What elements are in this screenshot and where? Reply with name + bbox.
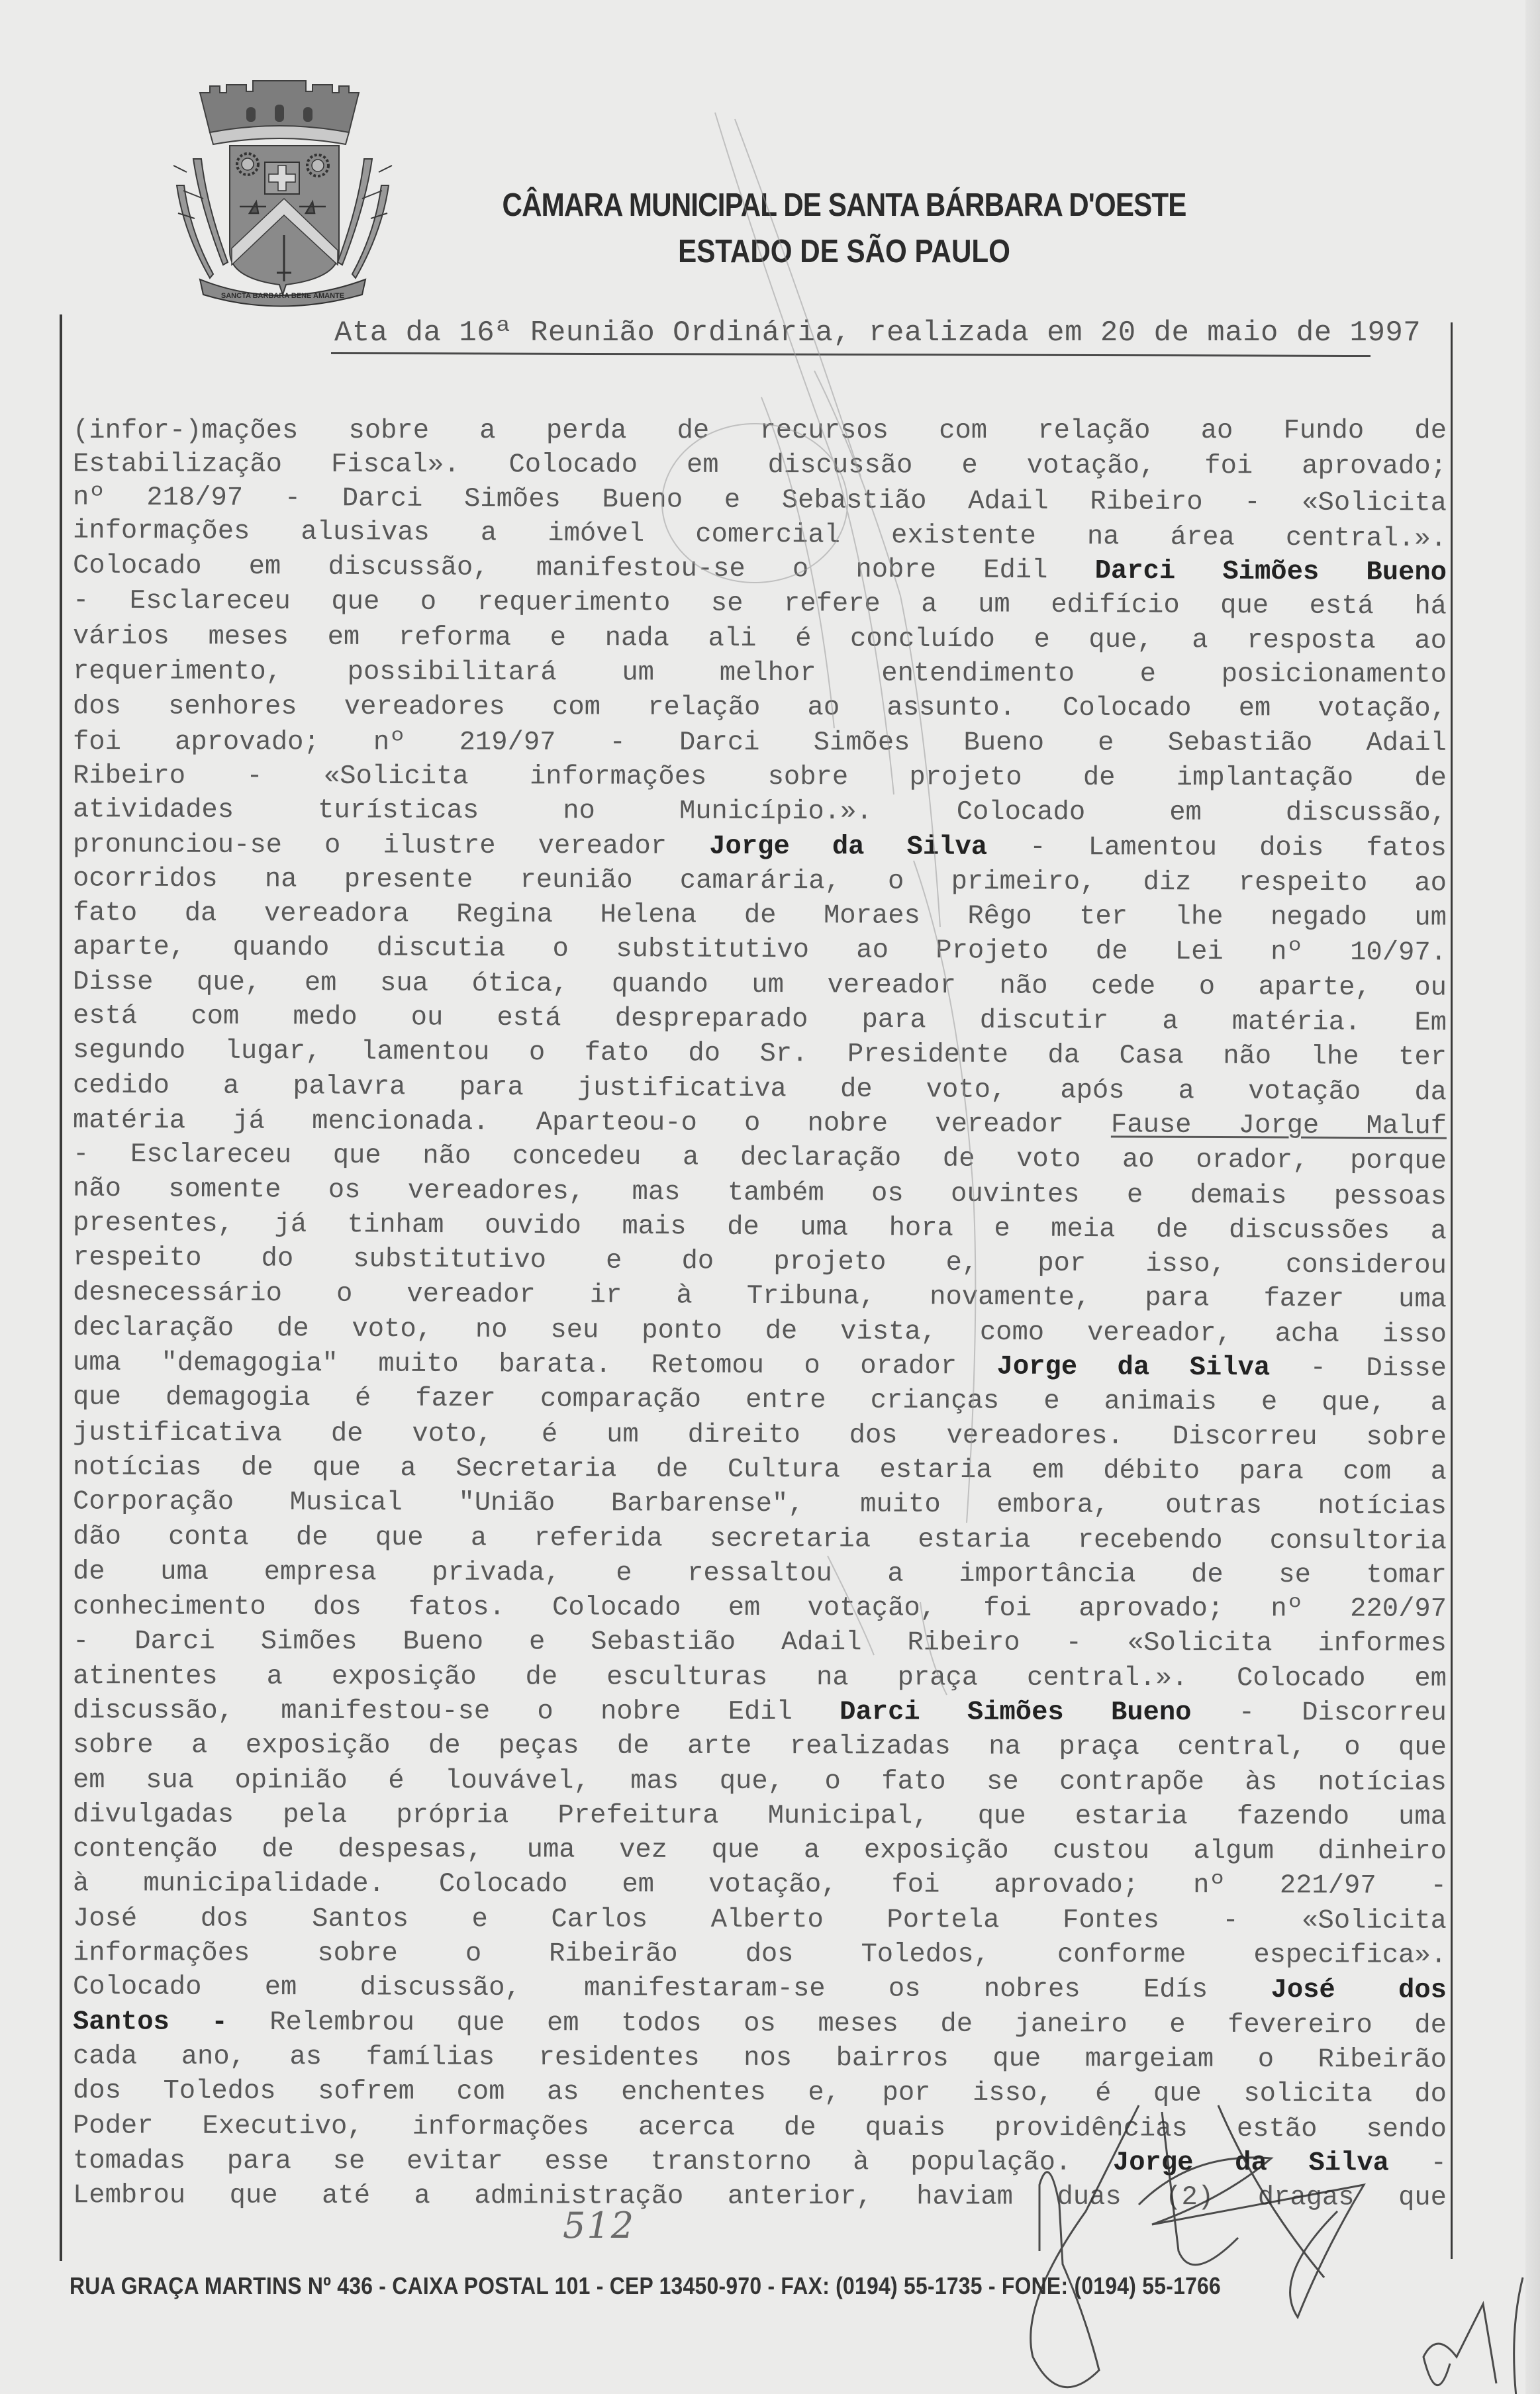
minutes-line: contenção de despesas, uma vez que a exp… (73, 1832, 1447, 1869)
minutes-line: aparte, quando discutia o substitutivo a… (73, 930, 1447, 971)
speaker-name: Darci Simões Bueno (1095, 556, 1447, 589)
minutes-line: discussão, manifestou-se o nobre Edil Da… (73, 1694, 1447, 1731)
minutes-line: uma "demagogia" muito barata. Retomou o … (73, 1345, 1447, 1386)
minutes-text: - Esclareceu que o requerimento se refer… (73, 586, 1447, 622)
minutes-line: tomadas para se evitar esse transtorno à… (73, 2144, 1447, 2181)
minutes-text: dão conta de que a referida secretaria e… (73, 1521, 1447, 1556)
minutes-line: justificativa de voto, é um direito dos … (73, 1415, 1447, 1455)
minutes-text: dos Toledos sofrem com as enchentes e, p… (73, 2076, 1447, 2110)
minutes-line: conhecimento dos fatos. Colocado em vota… (73, 1590, 1447, 1627)
minutes-line: atinentes a exposição de esculturas na p… (73, 1659, 1447, 1696)
minutes-text: Estabilização Fiscal». Colocado em discu… (73, 449, 1447, 482)
minutes-text: nº 218/97 - Darci Simões Bueno e Sebasti… (73, 482, 1447, 518)
minutes-text: conhecimento dos fatos. Colocado em vota… (73, 1592, 1447, 1625)
minutes-line: à municipalidade. Colocado em votação, f… (73, 1867, 1447, 1904)
minutes-text: Relembrou que em todos os meses de janei… (228, 2007, 1447, 2041)
minutes-text: uma "demagogia" muito barata. Retomou o … (73, 1347, 997, 1382)
frame-left-rule (60, 314, 62, 2261)
coat-of-arms-icon: SANCTA BARBARA BENE AMANTE (147, 66, 412, 311)
minutes-line: Poder Executivo, informações acerca de q… (73, 2109, 1447, 2147)
minutes-line: informações sobre o Ribeirão dos Toledos… (73, 1936, 1447, 1973)
minutes-text: não somente os vereadores, mas também os… (73, 1173, 1447, 1212)
minutes-text: declaração de voto, no seu ponto de vist… (73, 1312, 1447, 1350)
minutes-text: informações alusivas a imóvel comercial … (73, 516, 1447, 555)
minutes-text: ocorridos na presente reunião camarária,… (73, 863, 1447, 898)
minutes-text: informações sobre o Ribeirão dos Toledos… (73, 1938, 1447, 1971)
state-name: ESTADO DE SÃO PAULO (494, 233, 1194, 270)
crest-motto: SANCTA BARBARA BENE AMANTE (221, 292, 344, 300)
minutes-text: Disse que, em sua ótica, quando um verea… (73, 967, 1447, 1003)
minutes-text: presentes, já tinham ouvido mais de uma … (73, 1208, 1447, 1247)
minutes-line: notícias de que a Secretaria de Cultura … (73, 1450, 1447, 1490)
minutes-text: requerimento, possibilitará um melhor en… (73, 656, 1447, 690)
minutes-line: atividades turísticas no Município.». Co… (73, 793, 1447, 832)
minutes-line: que demagogia é fazer comparação entre c… (73, 1380, 1447, 1421)
minutes-text: aparte, quando discutia o substitutivo a… (73, 932, 1447, 969)
minutes-body: (infor-)mações sobre a perda de recursos… (73, 414, 1447, 2214)
speaker-name: Santos - (73, 2007, 228, 2038)
minutes-text: sobre a exposição de peças de arte reali… (73, 1730, 1447, 1763)
minutes-line: (infor-)mações sobre a perda de recursos… (73, 414, 1447, 448)
minutes-line: vários meses em reforma e nada ali é con… (73, 619, 1447, 659)
minutes-line: sobre a exposição de peças de arte reali… (73, 1728, 1447, 1765)
footer-address: RUA GRAÇA MARTINS Nº 436 - CAIXA POSTAL … (70, 2272, 1306, 2300)
speaker-name: Darci Simões Bueno (840, 1697, 1191, 1728)
minutes-line: Lembrou que até a administração anterior… (73, 2178, 1447, 2215)
minutes-text: contenção de despesas, uma vez que a exp… (73, 1834, 1447, 1867)
minutes-text: vários meses em reforma e nada ali é con… (73, 621, 1447, 656)
minutes-text: segundo lugar, lamentou o fato do Sr. Pr… (73, 1035, 1447, 1073)
minutes-text: Colocado em discussão, manifestaram-se o… (73, 1972, 1271, 2006)
minutes-line: ocorridos na presente reunião camarária,… (73, 861, 1447, 901)
minutes-text: - Disse (1270, 1353, 1447, 1384)
minutes-text: - Lamentou dois fatos (987, 832, 1447, 863)
minutes-line: foi aprovado; nº 219/97 - Darci Simões B… (73, 725, 1447, 761)
speaker-name: Jorge da Silva (709, 831, 987, 862)
minutes-text: de uma empresa privada, e ressaltou a im… (73, 1556, 1447, 1590)
minutes-line: José dos Santos e Carlos Alberto Portela… (73, 1901, 1447, 1939)
minutes-text: atividades turísticas no Município.». Co… (73, 795, 1447, 829)
minutes-line: fato da vereadora Regina Helena de Morae… (73, 896, 1447, 936)
minutes-line: Ribeiro - «Solicita informações sobre pr… (73, 759, 1447, 796)
minutes-text: José dos Santos e Carlos Alberto Portela… (73, 1903, 1447, 1937)
minutes-line: pronunciou-se o ilustre vereador Jorge d… (73, 828, 1447, 866)
minutes-text: respeito do substitutivo e do projeto e,… (73, 1243, 1447, 1282)
minutes-text: desnecessário o vereador ir à Tribuna, n… (73, 1278, 1447, 1316)
speaker-name: Jorge da Silva (996, 1352, 1270, 1384)
minutes-text: Corporação Musical "União Barbarense", m… (73, 1487, 1447, 1522)
minutes-line: dos Toledos sofrem com as enchentes e, p… (73, 2074, 1447, 2113)
minutes-line: - Darci Simões Bueno e Sebastião Adail R… (73, 1625, 1447, 1662)
minutes-text: em sua opinião é louvável, mas que, o fa… (73, 1765, 1447, 1798)
minutes-text: Lembrou que até a administração anterior… (73, 2180, 1447, 2213)
minutes-text: que demagogia é fazer comparação entre c… (73, 1382, 1447, 1419)
minutes-text: cedido a palavra para justificativa de v… (73, 1070, 1447, 1108)
minutes-text: divulgadas pela própria Prefeitura Munic… (73, 1799, 1447, 1833)
minutes-text: está com medo ou está despreparado para … (73, 1001, 1447, 1039)
minutes-line: cada ano, as famílias residentes nos bai… (73, 2039, 1447, 2078)
minutes-text: (infor-)mações sobre a perda de recursos… (73, 416, 1447, 446)
minutes-line: de uma empresa privada, e ressaltou a im… (73, 1555, 1447, 1593)
minutes-line: dão conta de que a referida secretaria e… (73, 1519, 1447, 1559)
minutes-title-underline (331, 352, 1371, 357)
minutes-text: dos senhores vereadores com relação ao a… (73, 692, 1447, 725)
minutes-title: Ata da 16ª Reunião Ordinária, realizada … (334, 316, 1371, 350)
minutes-line: em sua opinião é louvável, mas que, o fa… (73, 1763, 1447, 1800)
minutes-text: - (1389, 2148, 1447, 2179)
minutes-line: divulgadas pela própria Prefeitura Munic… (73, 1797, 1447, 1835)
minutes-text: Ribeiro - «Solicita informações sobre pr… (73, 761, 1447, 794)
minutes-text: notícias de que a Secretaria de Cultura … (73, 1452, 1447, 1487)
minutes-line: requerimento, possibilitará um melhor en… (73, 654, 1447, 693)
minutes-text: justificativa de voto, é um direito dos … (73, 1417, 1447, 1453)
minutes-line: dos senhores vereadores com relação ao a… (73, 690, 1447, 727)
minutes-text: matéria já mencionada. Aparteou-o o nobr… (73, 1105, 1111, 1140)
minutes-text: Poder Executivo, informações acerca de q… (73, 2111, 1447, 2144)
minutes-text: à municipalidade. Colocado em votação, f… (73, 1869, 1447, 1902)
speaker-name: Jorge da Silva (1113, 2148, 1389, 2179)
minutes-text: discussão, manifestou-se o nobre Edil (73, 1696, 840, 1727)
minutes-line: Colocado em discussão, manifestaram-se o… (73, 1970, 1447, 2009)
minutes-text: - Discorreu (1191, 1698, 1447, 1729)
minutes-text: - Esclareceu que não concedeu a declaraç… (73, 1139, 1447, 1177)
institution-name: CÂMARA MUNICIPAL DE SANTA BÁRBARA D'OEST… (494, 187, 1194, 224)
minutes-text: fato da vereadora Regina Helena de Morae… (73, 898, 1447, 934)
minutes-text: pronunciou-se o ilustre vereador (73, 830, 709, 862)
minutes-text: tomadas para se evitar esse transtorno à… (73, 2146, 1113, 2178)
minutes-text: cada ano, as famílias residentes nos bai… (73, 2041, 1447, 2075)
minutes-line: Estabilização Fiscal». Colocado em discu… (73, 447, 1447, 484)
handwritten-page-number: 512 (563, 2205, 635, 2246)
minutes-text: Colocado em discussão, manifestou-se o n… (73, 551, 1095, 587)
underlined-name: Fause Jorge Maluf (1111, 1110, 1447, 1141)
minutes-line: Santos - Relembrou que em todos os meses… (73, 2005, 1447, 2043)
page-edge (1525, 0, 1540, 2394)
minutes-line: - Esclareceu que o requerimento se refer… (73, 584, 1447, 624)
frame-right-rule (1451, 322, 1453, 2259)
minutes-text: foi aprovado; nº 219/97 - Darci Simões B… (73, 727, 1447, 759)
minutes-line: Corporação Musical "União Barbarense", m… (73, 1485, 1447, 1525)
minutes-text: - Darci Simões Bueno e Sebastião Adail R… (73, 1627, 1447, 1660)
minutes-text: atinentes a exposição de esculturas na p… (73, 1661, 1447, 1694)
speaker-name: José dos (1271, 1975, 1447, 2006)
